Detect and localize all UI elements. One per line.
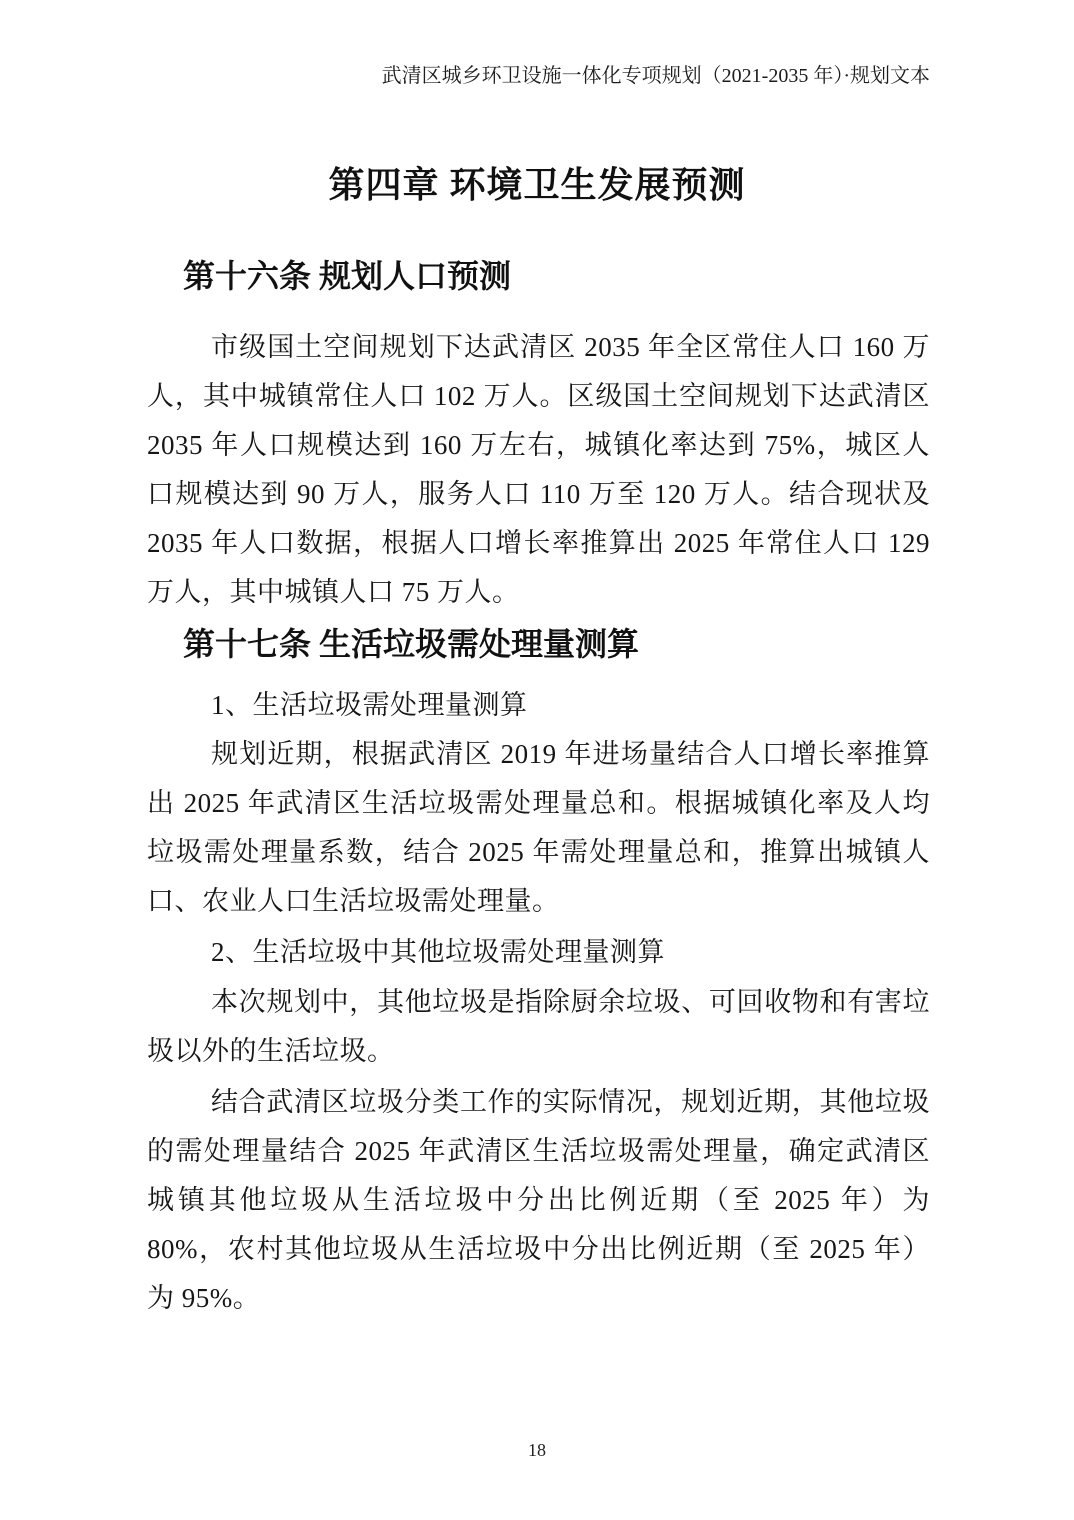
document-page: 武清区城乡环卫设施一体化专项规划（2021-2035 年）·规划文本 第四章 环… — [0, 0, 1074, 1520]
section-17-paragraph-1: 规划近期，根据武清区 2019 年进场量结合人口增长率推算出 2025 年武清区… — [147, 730, 930, 926]
text-line: 市级国土空间规划下达武清区 2035 年全区常住人口 160 万 — [147, 323, 930, 372]
text-line: 出 2025 年武清区生活垃圾需处理量总和。根据城镇化率及人均 — [147, 779, 930, 828]
section-17-paragraph-3: 结合武清区垃圾分类工作的实际情况，规划近期，其他垃圾的需处理量结合 2025 年… — [147, 1078, 930, 1323]
text-line: 80%，农村其他垃圾从生活垃圾中分出比例近期（至 2025 年） — [147, 1225, 930, 1274]
section-17-heading: 第十七条 生活垃圾需处理量测算 — [147, 620, 930, 669]
text-line: 人，其中城镇常住人口 102 万人。区级国土空间规划下达武清区 — [147, 372, 930, 421]
text-line: 万人，其中城镇人口 75 万人。 — [147, 568, 930, 617]
text-line: 圾以外的生活垃圾。 — [147, 1027, 930, 1076]
section-17-item-2: 2、生活垃圾中其他垃圾需处理量测算 — [147, 928, 930, 977]
text-line: 本次规划中，其他垃圾是指除厨余垃圾、可回收物和有害垃 — [147, 978, 930, 1027]
section-16-paragraph: 市级国土空间规划下达武清区 2035 年全区常住人口 160 万人，其中城镇常住… — [147, 323, 930, 617]
section-16-heading: 第十六条 规划人口预测 — [147, 252, 930, 301]
running-header: 武清区城乡环卫设施一体化专项规划（2021-2035 年）·规划文本 — [382, 63, 930, 89]
text-line: 规划近期，根据武清区 2019 年进场量结合人口增长率推算 — [147, 730, 930, 779]
text-line: 垃圾需处理量系数，结合 2025 年需处理量总和，推算出城镇人 — [147, 828, 930, 877]
text-line: 2035 年人口数据，根据人口增长率推算出 2025 年常住人口 129 — [147, 519, 930, 568]
chapter-title: 第四章 环境卫生发展预测 — [0, 159, 1074, 211]
page-number: 18 — [0, 1438, 1074, 1462]
text-line: 结合武清区垃圾分类工作的实际情况，规划近期，其他垃圾 — [147, 1078, 930, 1127]
text-line: 口、农业人口生活垃圾需处理量。 — [147, 877, 930, 926]
section-17-item-1: 1、生活垃圾需处理量测算 — [147, 681, 930, 730]
text-line: 的需处理量结合 2025 年武清区生活垃圾需处理量，确定武清区 — [147, 1127, 930, 1176]
text-line: 2035 年人口规模达到 160 万左右，城镇化率达到 75%，城区人 — [147, 421, 930, 470]
text-line: 为 95%。 — [147, 1274, 930, 1323]
text-line: 口规模达到 90 万人，服务人口 110 万至 120 万人。结合现状及 — [147, 470, 930, 519]
section-17-paragraph-2: 本次规划中，其他垃圾是指除厨余垃圾、可回收物和有害垃圾以外的生活垃圾。 — [147, 978, 930, 1076]
text-line: 城镇其他垃圾从生活垃圾中分出比例近期（至 2025 年）为 — [147, 1176, 930, 1225]
